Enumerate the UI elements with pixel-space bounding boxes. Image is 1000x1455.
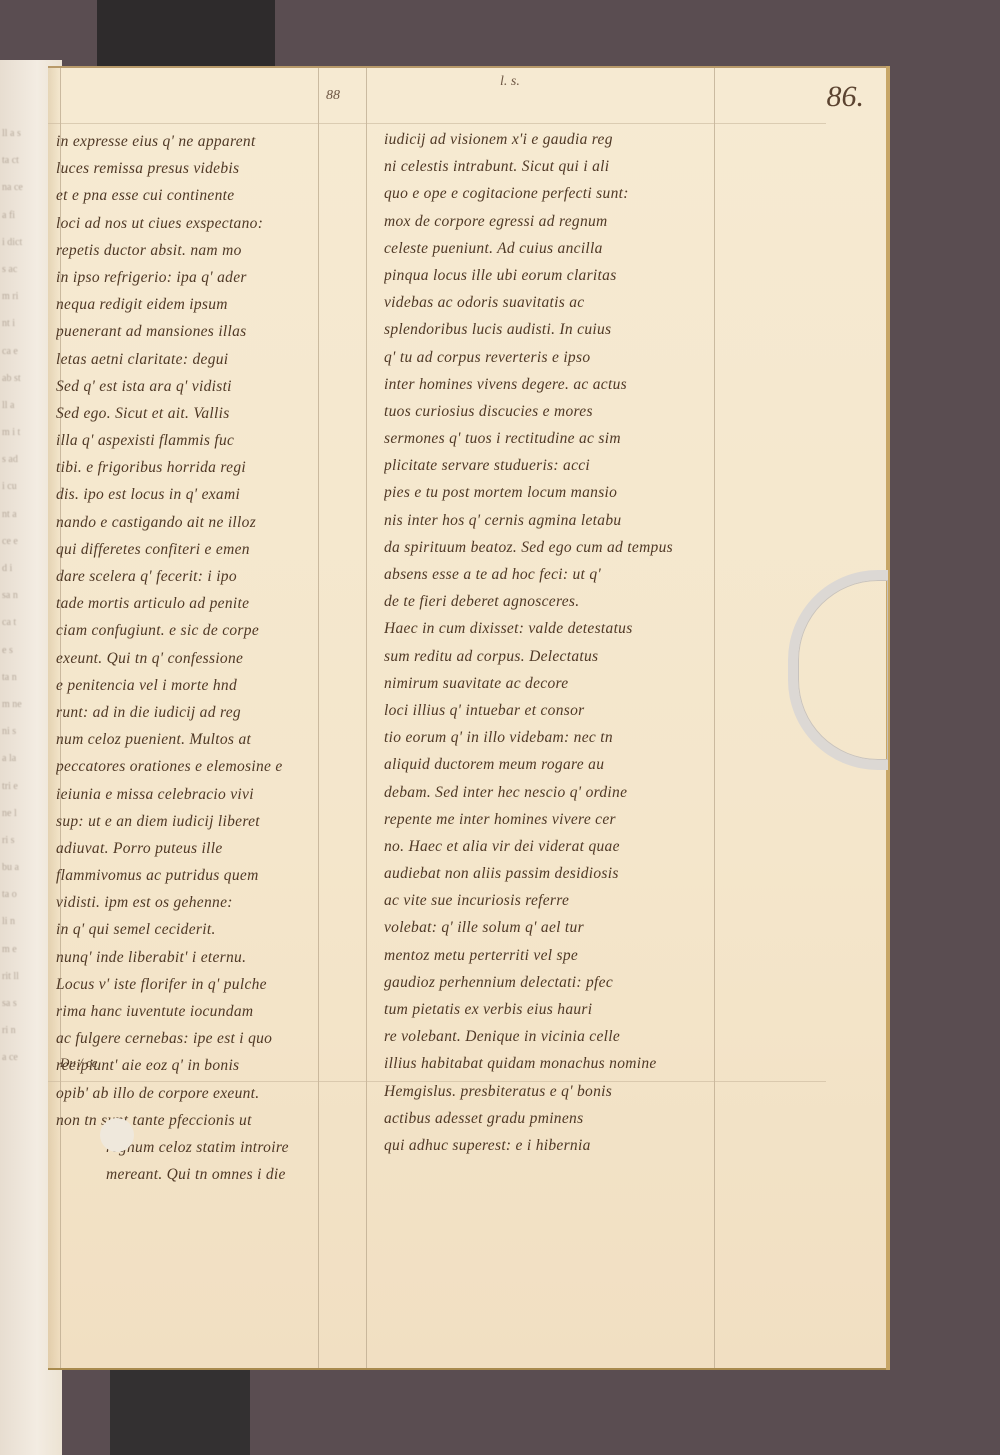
text-line: num celoz puenient. Multos at xyxy=(56,726,331,753)
text-line: ac fulgere cernebas: ipe est i quo xyxy=(56,1025,331,1052)
text-line: in q' qui semel ceciderit. xyxy=(56,916,331,943)
text-line: tio eorum q' in illo videbam: nec tn xyxy=(384,724,714,751)
text-line: pies e tu post mortem locum mansio xyxy=(384,479,714,506)
text-line: nequa redigit eidem ipsum xyxy=(56,291,331,318)
text-line: sum reditu ad corpus. Delectatus xyxy=(384,643,714,670)
text-line: tade mortis articulo ad penite xyxy=(56,590,331,617)
parchment-hole xyxy=(100,1118,134,1152)
text-line: loci ad nos ut ciues exspectano: xyxy=(56,210,331,237)
text-line: nis inter hos q' cernis agmina letabu xyxy=(384,507,714,534)
text-line: plicitate servare studueris: acci xyxy=(384,452,714,479)
text-line: ac vite sue incuriosis referre xyxy=(384,887,714,914)
text-line: in ipso refrigerio: ipa q' ader xyxy=(56,264,331,291)
text-line: repetis ductor absit. nam mo xyxy=(56,237,331,264)
text-line: tum pietatis ex verbis eius hauri xyxy=(384,996,714,1023)
text-line: exeunt. Qui tn q' confessione xyxy=(56,645,331,672)
text-line: Hemgislus. presbiteratus e q' bonis xyxy=(384,1078,714,1105)
text-line: no. Haec et alia vir dei viderat quae xyxy=(384,833,714,860)
text-line: actibus adesset gradu pminens xyxy=(384,1105,714,1132)
text-line: peccatores orationes e elemosine e xyxy=(56,753,331,780)
text-line: tuos curiosius discucies e mores xyxy=(384,398,714,425)
marginal-mark: 88 xyxy=(326,88,340,104)
text-line: sermones q' tuos i rectitudine ac sim xyxy=(384,425,714,452)
text-line: et e pna esse cui continente xyxy=(56,182,331,209)
text-line: luces remissa presus videbis xyxy=(56,155,331,182)
text-line: qui adhuc superest: e i hibernia xyxy=(384,1132,714,1159)
text-line: in expresse eius q' ne apparent xyxy=(56,128,331,155)
text-line: mereant. Qui tn omnes i die xyxy=(56,1161,331,1188)
text-line: splendoribus lucis audisti. In cuius xyxy=(384,316,714,343)
text-line: dare scelera q' fecerit: i ipo xyxy=(56,563,331,590)
manuscript-page: 86. 88 l. s. in expresse eius q' ne appa… xyxy=(48,66,886,1370)
ruling-line xyxy=(48,123,826,124)
text-line: re volebant. Denique in vicinia celle xyxy=(384,1023,714,1050)
text-column-b: iudicij ad visionem x'i e gaudia reg ni … xyxy=(384,126,714,1159)
text-line: tibi. e frigoribus horrida regi xyxy=(56,454,331,481)
text-line: loci illius q' intuebar et consor xyxy=(384,697,714,724)
folio-number: 86. xyxy=(827,80,865,114)
text-line: mox de corpore egressi ad regnum xyxy=(384,208,714,235)
text-line: adiuvat. Porro puteus ille xyxy=(56,835,331,862)
text-line: Haec in cum dixisset: valde detestatus xyxy=(384,615,714,642)
text-line: illa q' aspexisti flammis fuc xyxy=(56,427,331,454)
text-line: iudicij ad visionem x'i e gaudia reg xyxy=(384,126,714,153)
text-line: volebat: q' ille solum q' ael tur xyxy=(384,914,714,941)
text-line: Sed ego. Sicut et ait. Vallis xyxy=(56,400,331,427)
text-line: opib' ab illo de corpore exeunt. xyxy=(56,1080,331,1107)
text-line: ieiunia e missa celebracio vivi xyxy=(56,781,331,808)
marginal-initial: Du / ce xyxy=(60,1053,98,1073)
text-line: e penitencia vel i morte hnd xyxy=(56,672,331,699)
text-line: aliquid ductorem meum rogare au xyxy=(384,751,714,778)
text-line: debam. Sed inter hec nescio q' ordine xyxy=(384,779,714,806)
foam-support-bottom xyxy=(110,1365,250,1455)
text-line: q' tu ad corpus reverteris e ipso xyxy=(384,344,714,371)
text-line: ciam confugiunt. e sic de corpe xyxy=(56,617,331,644)
text-column-a: in expresse eius q' ne apparent luces re… xyxy=(56,128,331,1188)
text-line: nimirum suavitate ac decore xyxy=(384,670,714,697)
text-line: repente me inter homines vivere cer xyxy=(384,806,714,833)
text-line: puenerant ad mansiones illas xyxy=(56,318,331,345)
previous-page-text: ll a sta ctna cea fii dicts acm rint ica… xyxy=(2,120,54,1072)
text-line: da spirituum beatoz. Sed ego cum ad temp… xyxy=(384,534,714,561)
text-line: qui differetes confiteri e emen xyxy=(56,536,331,563)
text-line: quo e ope e cogitacione perfecti sunt: xyxy=(384,180,714,207)
text-line: audiebat non aliis passim desidiosis xyxy=(384,860,714,887)
marginal-mark: l. s. xyxy=(500,74,520,90)
text-line: rima hanc iuventute iocundam xyxy=(56,998,331,1025)
text-line: inter homines vivens degere. ac actus xyxy=(384,371,714,398)
text-line: dis. ipo est locus in q' exami xyxy=(56,481,331,508)
text-line: de te fieri deberet agnosceres. xyxy=(384,588,714,615)
text-line: non tn sunt tante pfeccionis ut xyxy=(56,1107,331,1134)
text-line: illius habitabat quidam monachus nomine xyxy=(384,1050,714,1077)
ruling-line xyxy=(366,68,367,1368)
text-line: letas aetni claritate: degui xyxy=(56,346,331,373)
text-line: pinqua locus ille ubi eorum claritas xyxy=(384,262,714,289)
text-line: runt: ad in die iudicij ad reg xyxy=(56,699,331,726)
text-line: Locus v' iste florifer in q' pulche xyxy=(56,971,331,998)
ruling-line xyxy=(714,68,715,1368)
text-line: mentoz metu perterriti vel spe xyxy=(384,942,714,969)
text-line: flammivomus ac putridus quem xyxy=(56,862,331,889)
text-line: regnum celoz statim introire xyxy=(56,1134,331,1161)
text-line: sup: ut e an diem iudicij liberet xyxy=(56,808,331,835)
text-line: nando e castigando ait ne illoz xyxy=(56,509,331,536)
text-line: gaudioz perhennium delectati: pfec xyxy=(384,969,714,996)
text-line: videbas ac odoris suavitatis ac xyxy=(384,289,714,316)
text-line: vidisti. ipm est os gehenne: xyxy=(56,889,331,916)
text-line: nunq' inde liberabit' i eternu. xyxy=(56,944,331,971)
text-line: ni celestis intrabunt. Sicut qui i ali xyxy=(384,153,714,180)
text-line: celeste pueniunt. Ad cuius ancilla xyxy=(384,235,714,262)
text-line: absens esse a te ad hoc feci: ut q' xyxy=(384,561,714,588)
text-line: Sed q' est ista ara q' vidisti xyxy=(56,373,331,400)
